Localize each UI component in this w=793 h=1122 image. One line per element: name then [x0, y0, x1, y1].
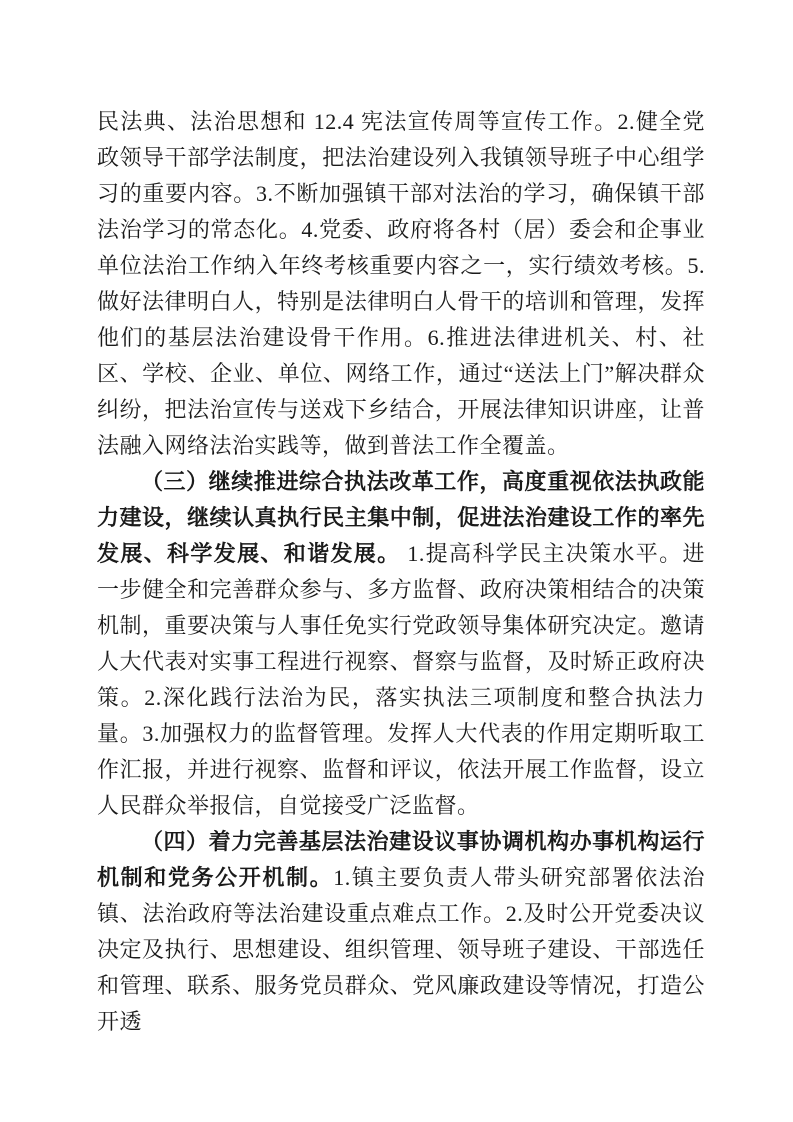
text-run: 民法典、法治思想和 12.4 宪法宣传周等宣传工作。2.健全党政领导干部学法制度…	[97, 109, 705, 458]
text-run: 1.镇主要负责人带头研究部署依法治镇、法治政府等法治建设重点难点工作。2.及时公…	[97, 865, 705, 1034]
document-text-block: 民法典、法治思想和 12.4 宪法宣传周等宣传工作。2.健全党政领导干部学法制度…	[97, 104, 705, 1040]
paragraph-section-three: （三）继续推进综合执法改革工作，高度重视依法执政能力建设，继续认真执行民主集中制…	[97, 464, 705, 824]
paragraph-section-four: （四）着力完善基层法治建设议事协调机构办事机构运行机制和党务公开机制。1.镇主要…	[97, 824, 705, 1040]
paragraph-law-publicity-continuation: 民法典、法治思想和 12.4 宪法宣传周等宣传工作。2.健全党政领导干部学法制度…	[97, 104, 705, 464]
document-page: 民法典、法治思想和 12.4 宪法宣传周等宣传工作。2.健全党政领导干部学法制度…	[0, 0, 793, 1122]
text-run: 1.提高科学民主决策水平。进一步健全和完善群众参与、多方监督、政府决策相结合的决…	[97, 541, 705, 818]
